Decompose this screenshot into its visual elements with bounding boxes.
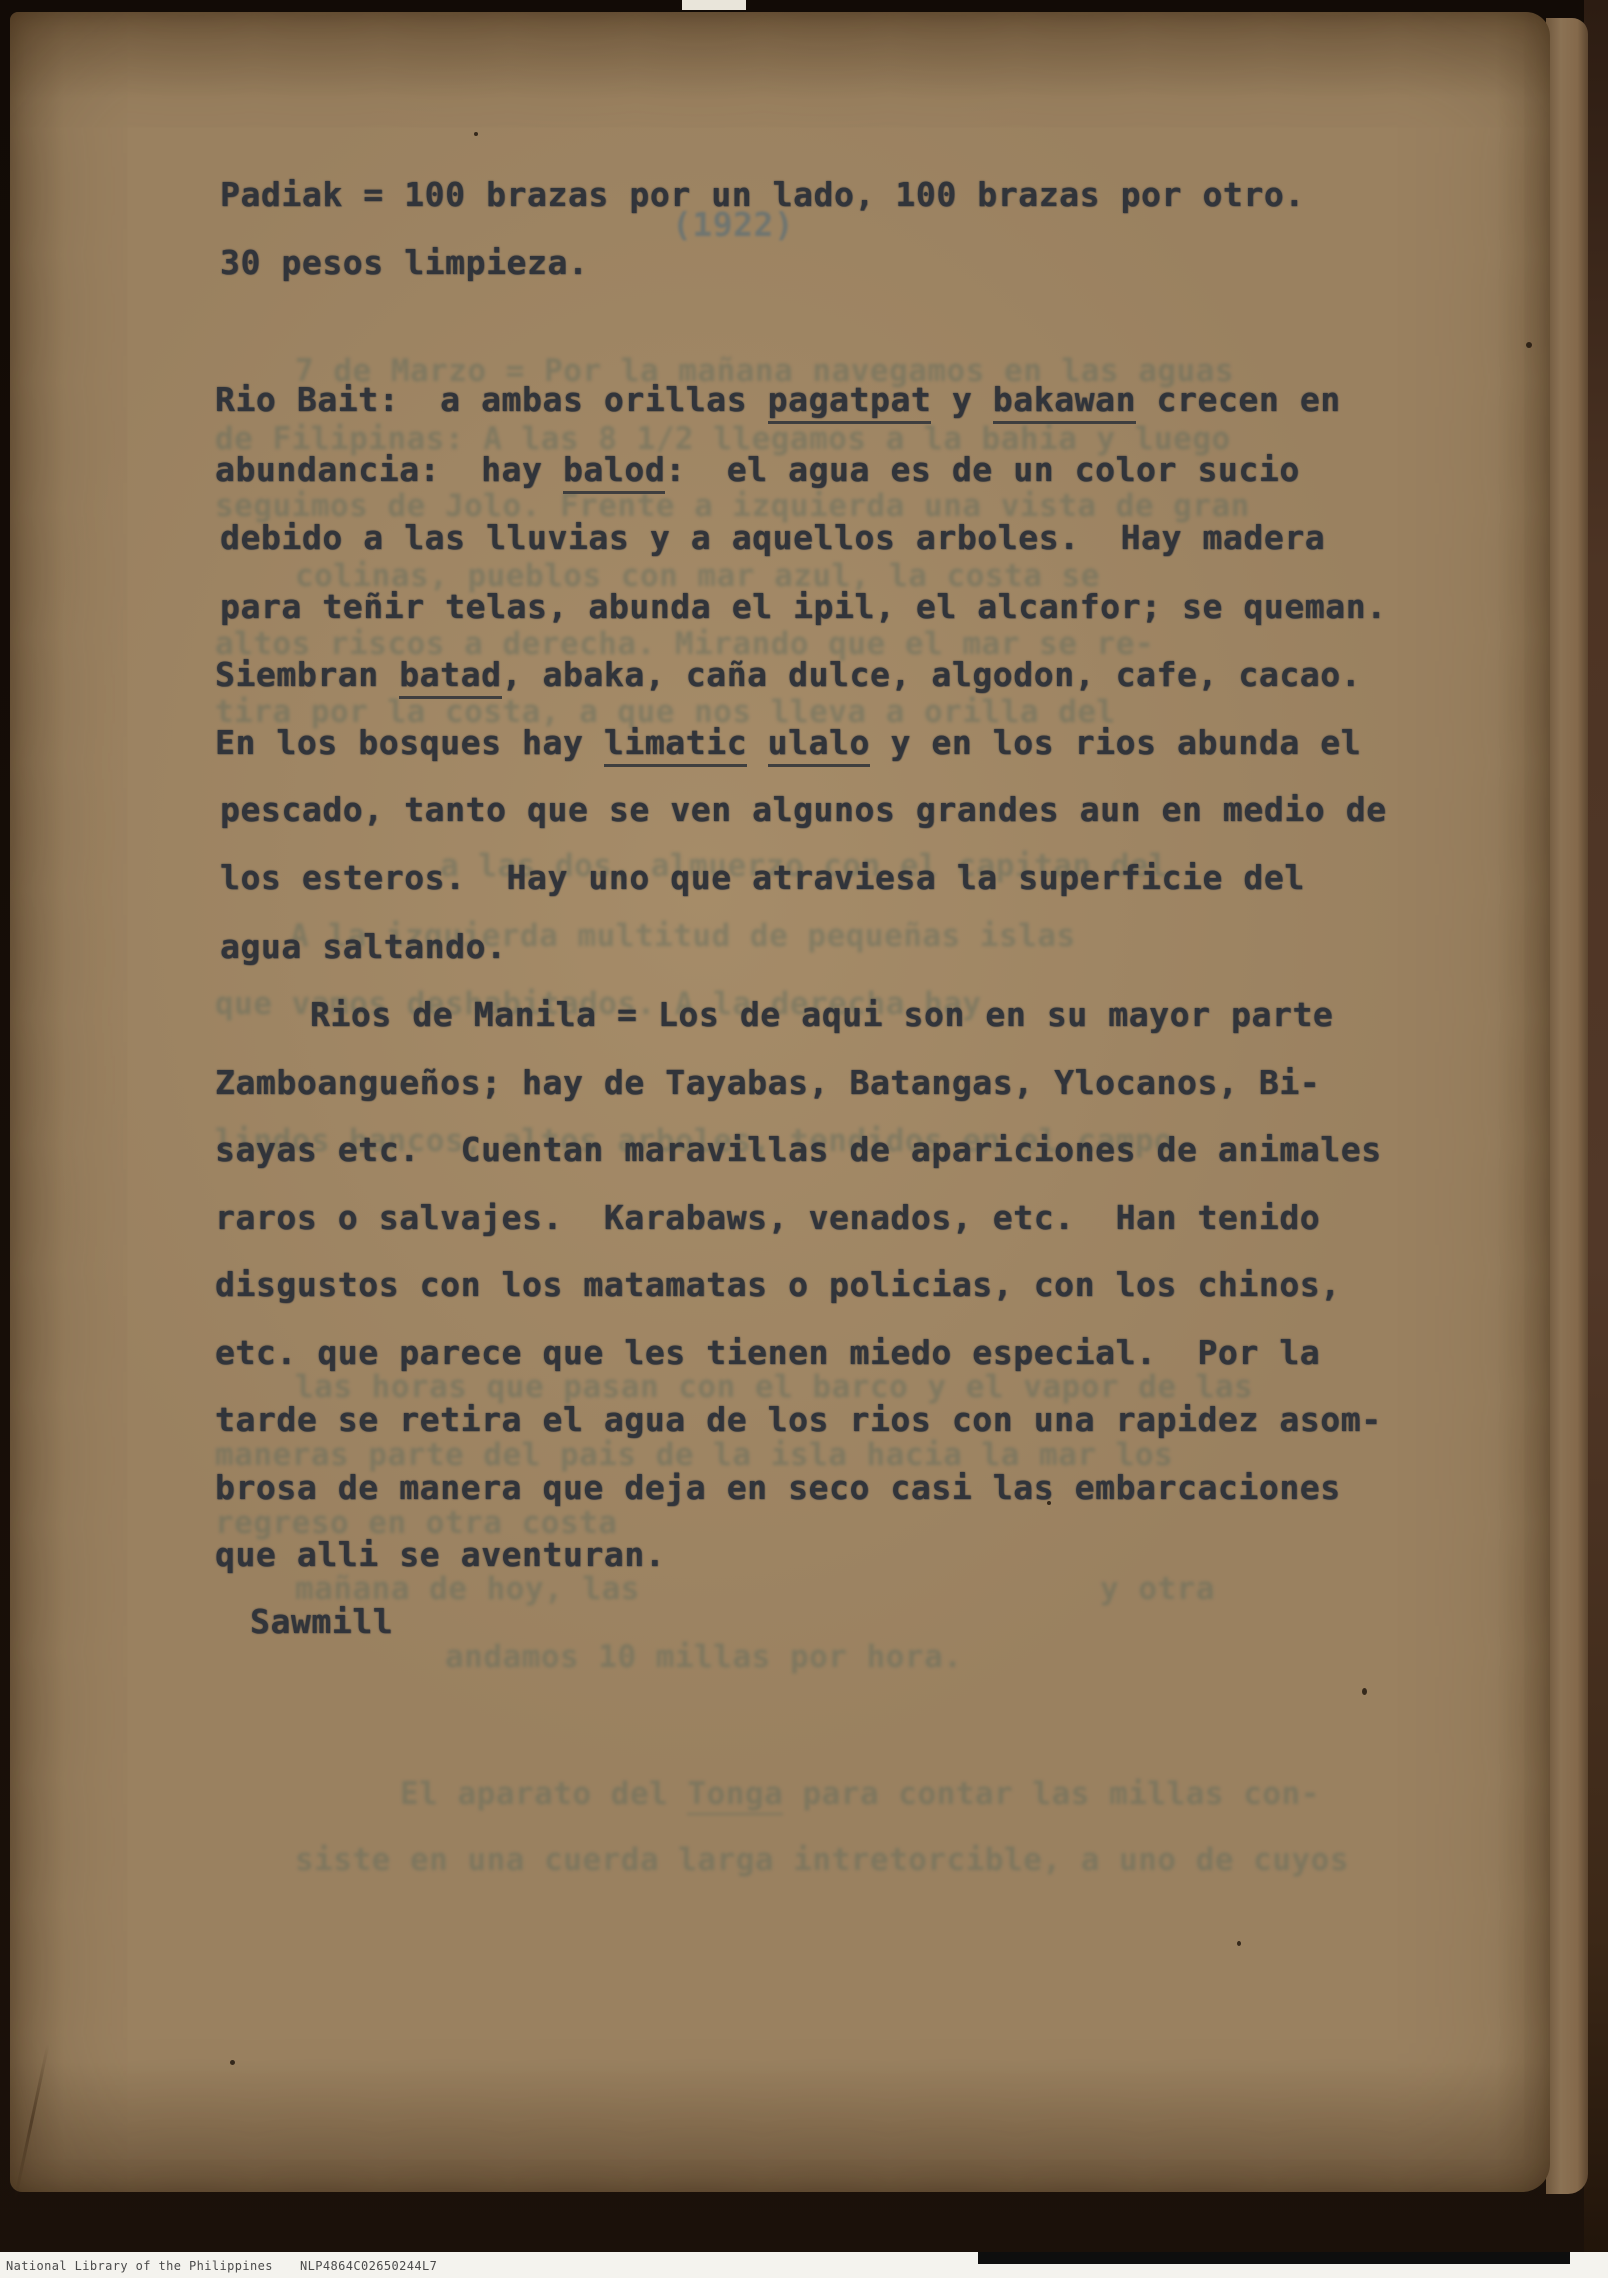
typed-line: sayas etc. Cuentan maravillas de aparici…	[215, 1130, 1382, 1169]
ink-speck	[1362, 1688, 1367, 1695]
typed-line: los esteros. Hay uno que atraviesa la su…	[220, 858, 1305, 897]
footer-library-label: National Library of the Philippines	[6, 2259, 273, 2273]
underlined-word: balod	[563, 450, 665, 494]
typed-line: Siembran batad, abaka, caña dulce, algod…	[215, 655, 1361, 694]
typed-line: pescado, tanto que se ven algunos grande…	[220, 790, 1387, 829]
underlined-word: bakawan	[993, 380, 1136, 424]
typed-line: que alli se aventuran.	[215, 1535, 665, 1574]
ink-speck	[1526, 342, 1532, 348]
underlined-word: limatic	[604, 723, 747, 767]
ink-speck	[230, 2060, 235, 2065]
typed-line: tarde se retira el agua de los rios con …	[215, 1400, 1382, 1439]
typed-line: Rios de Manila = Los de aqui son en su m…	[310, 995, 1333, 1034]
ink-speck	[1047, 1501, 1051, 1505]
typed-line: disgustos con los matamatas o policias, …	[215, 1265, 1341, 1304]
typed-line: Rio Bait: a ambas orillas pagatpat y bak…	[215, 380, 1341, 419]
typed-line: etc. que parece que les tienen miedo esp…	[215, 1333, 1320, 1372]
typed-line: debido a las lluvias y a aquellos arbole…	[220, 518, 1325, 557]
typed-line: Sawmill	[250, 1602, 393, 1641]
underlined-word: batad	[399, 655, 501, 699]
underlying-page-edge	[1546, 18, 1588, 2194]
ghost-line: El aparato del Tonga para contar las mil…	[400, 1776, 1320, 1812]
typed-line: agua saltando.	[220, 927, 507, 966]
footer-barcode: NLP4864C02650244L7	[300, 2259, 437, 2273]
typed-line: Padiak = 100 brazas por un lado, 100 bra…	[220, 175, 1305, 214]
ghost-line: andamos 10 millas por hora.	[445, 1639, 962, 1675]
footer-black-bar	[978, 2252, 1570, 2264]
underlined-word: pagatpat	[768, 380, 932, 424]
typed-line: raros o salvajes. Karabaws, venados, etc…	[215, 1198, 1320, 1237]
typed-line: abundancia: hay balod: el agua es de un …	[215, 450, 1300, 489]
typed-line: para teñir telas, abunda el ipil, el alc…	[220, 587, 1387, 626]
typed-line: brosa de manera que deja en seco casi la…	[215, 1468, 1341, 1507]
typed-line: 30 pesos limpieza.	[220, 243, 588, 282]
manuscript-page: (1922)7 de Marzo = Por la mañana navegam…	[10, 12, 1550, 2192]
page-top-tab	[682, 0, 746, 10]
ink-speck	[474, 132, 478, 136]
ink-speck	[1237, 1941, 1241, 1946]
underlined-word: Tonga	[687, 1776, 783, 1815]
typed-line: En los bosques hay limatic ulalo y en lo…	[215, 723, 1361, 762]
footer-strip: National Library of the Philippines NLP4…	[0, 2252, 1608, 2278]
paper-crease	[13, 2043, 49, 2200]
underlined-word: ulalo	[768, 723, 870, 767]
scan-background: { "page": { "description": "Scanned type…	[0, 0, 1608, 2278]
ghost-line: siste en una cuerda larga intretorcible,…	[295, 1842, 1349, 1878]
ghost-line: y otra	[1100, 1571, 1215, 1607]
typed-line: Zamboangueños; hay de Tayabas, Batangas,…	[215, 1063, 1320, 1102]
